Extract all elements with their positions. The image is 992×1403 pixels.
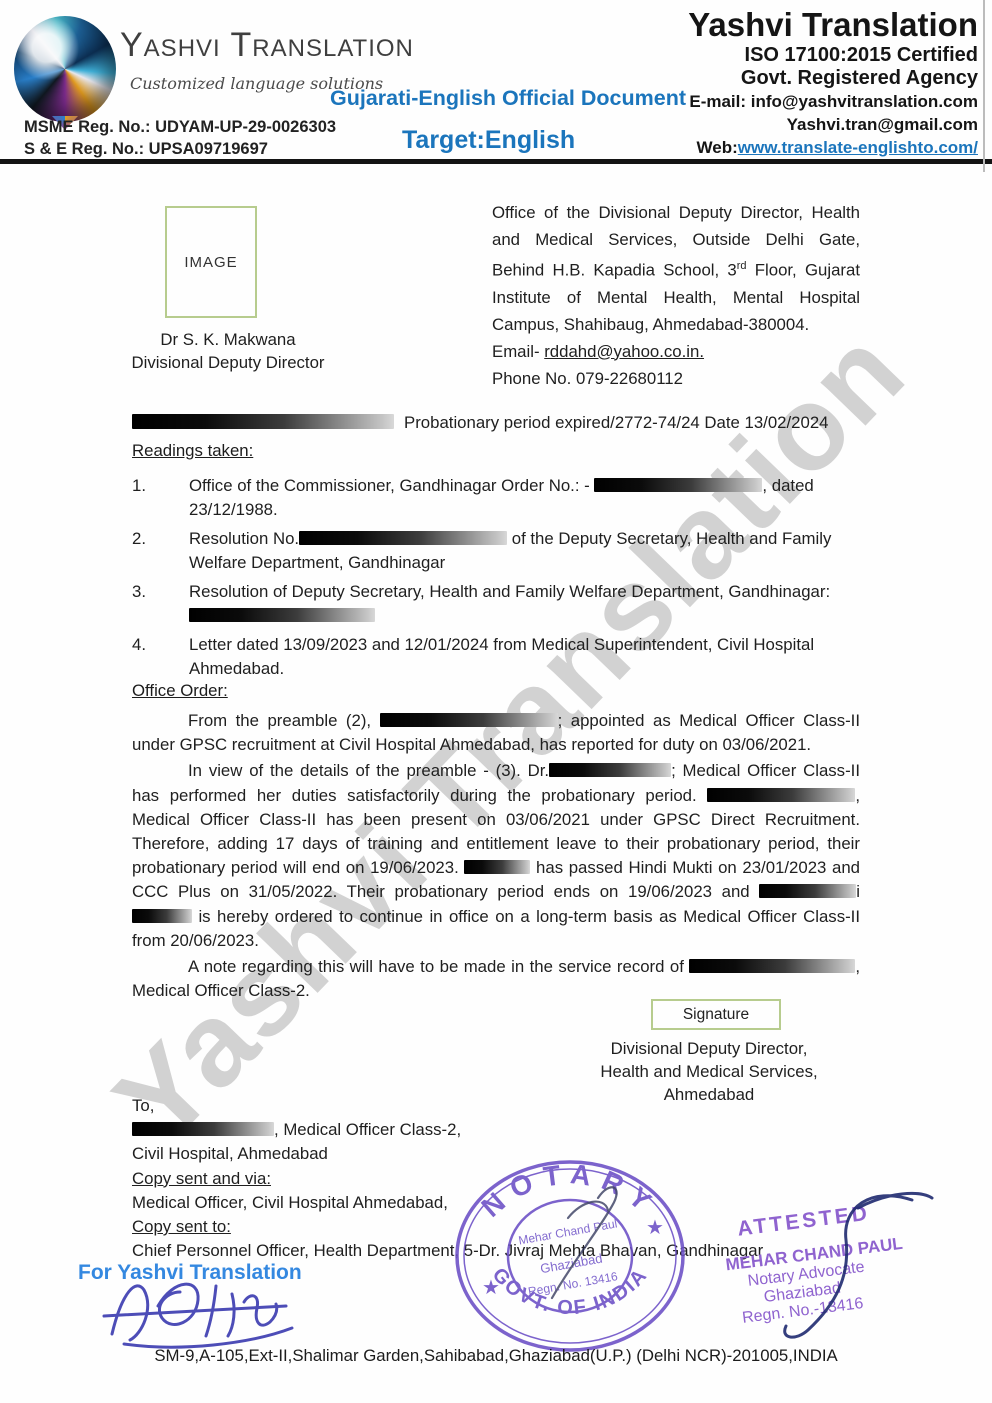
readings-list: 1. Office of the Commissioner, Gandhinag… [132, 474, 860, 686]
brand-name-right: Yashvi Translation [548, 6, 978, 44]
redaction-bar [132, 414, 394, 429]
item-text: Letter dated 13/09/2023 and 12/01/2024 f… [189, 635, 814, 678]
redaction-bar [380, 713, 558, 727]
notary-signature-icon [762, 1182, 937, 1352]
redaction-bar [464, 860, 530, 874]
redaction-bar [707, 788, 855, 802]
agency-website-link[interactable]: www.translate-englishto.com/ [738, 138, 978, 157]
item-text: Resolution No. [189, 529, 299, 548]
list-item: 2. Resolution No. of the Deputy Secretar… [132, 527, 860, 575]
floor-ordinal-suffix: rd [737, 260, 747, 272]
msme-reg-number: MSME Reg. No.: UDYAM-UP-29-0026303 [24, 116, 336, 138]
document-page: Yashvi Translation Yashvi Translation Cu… [0, 0, 992, 1403]
svg-text:NOTARY: NOTARY [476, 1158, 665, 1223]
brand-name-left: Yashvi Translation [120, 26, 414, 65]
item-number: 1. [132, 474, 189, 522]
list-item: 3. Resolution of Deputy Secretary, Healt… [132, 580, 860, 628]
item-number: 3. [132, 580, 189, 628]
paragraph-text: In view of the details of the preamble -… [188, 761, 549, 780]
redaction-bar [594, 478, 762, 492]
subject-line: Probationary period expired/2772-74/24 D… [132, 413, 862, 433]
registration-numbers: MSME Reg. No.: UDYAM-UP-29-0026303 S & E… [24, 116, 336, 160]
list-item: 1. Office of the Commissioner, Gandhinag… [132, 474, 860, 522]
item-number: 2. [132, 527, 189, 575]
signatory-line: Health and Medical Services, [597, 1060, 821, 1083]
header-divider-line [0, 159, 992, 164]
redaction-bar [132, 909, 192, 923]
star-icon: ★ [482, 1277, 500, 1299]
readings-heading: Readings taken: [132, 441, 253, 461]
se-reg-number: S & E Reg. No.: UPSA09719697 [24, 138, 336, 160]
redaction-bar [759, 884, 856, 898]
agency-email-secondary: Yashvi.tran@gmail.com [548, 113, 978, 136]
agency-contact-block: Yashvi Translation ISO 17100:2015 Certif… [548, 6, 978, 159]
office-email: rddahd@yahoo.co.in. [544, 342, 704, 361]
redaction-bar [132, 1122, 274, 1136]
office-order-heading: Office Order: [132, 681, 228, 701]
paragraph-text: i [856, 882, 860, 901]
agency-status: Govt. Registered Agency [548, 67, 978, 90]
translator-signature-icon [100, 1272, 310, 1354]
signatory-line: Divisional Deputy Director, [597, 1037, 821, 1060]
redaction-bar [689, 959, 855, 973]
paragraph-text: is hereby ordered to continue in office … [132, 907, 860, 950]
photo-placeholder-box: IMAGE [165, 206, 257, 318]
paragraph-text: From the preamble (2), [188, 711, 380, 730]
globe-logo-icon [14, 16, 116, 122]
signature-placeholder-label: Signature [683, 1006, 749, 1024]
paragraph-text: A note regarding this will have to be ma… [188, 957, 689, 976]
iso-certification: ISO 17100:2015 Certified [548, 44, 978, 67]
officer-identity: Dr S. K. Makwana Divisional Deputy Direc… [118, 328, 338, 374]
list-item: 4. Letter dated 13/09/2023 and 12/01/202… [132, 633, 860, 681]
web-label: Web: [697, 138, 738, 157]
agency-footer-address: SM-9,A-105,Ext-II,Shalimar Garden,Sahiba… [0, 1346, 992, 1366]
order-paragraph-3: A note regarding this will have to be ma… [132, 955, 860, 1003]
notary-top-arc-text: NOTARY [476, 1158, 665, 1223]
order-paragraph-2: In view of the details of the preamble -… [132, 759, 860, 953]
notary-stamp-icon: NOTARY GOVT. OF INDIA ★ ★ Mehar Chand Pa… [450, 1156, 690, 1356]
officer-title: Divisional Deputy Director [118, 351, 338, 374]
officer-name: Dr S. K. Makwana [118, 328, 338, 351]
order-paragraph-1: From the preamble (2), ; appointed as Me… [132, 709, 860, 757]
subject-text: Probationary period expired/2772-74/24 D… [404, 413, 829, 432]
signature-placeholder-box: Signature [651, 999, 781, 1030]
redaction-bar [299, 531, 507, 545]
item-text: Office of the Commissioner, Gandhinagar … [189, 476, 594, 495]
to-label: To, [132, 1094, 832, 1118]
addressee-line: , Medical Officer Class-2, [274, 1120, 461, 1139]
redaction-bar [189, 608, 375, 622]
photo-placeholder-label: IMAGE [184, 254, 237, 271]
office-phone: Phone No. 079-22680112 [492, 365, 860, 392]
item-number: 4. [132, 633, 189, 681]
agency-email-primary: E-mail: info@yashvitranslation.com [548, 90, 978, 113]
scan-edge-artifact [983, 0, 985, 172]
redaction-bar [549, 763, 671, 777]
office-email-label: Email- [492, 342, 544, 361]
office-order-body: From the preamble (2), ; appointed as Me… [132, 709, 860, 1005]
item-text: Resolution of Deputy Secretary, Health a… [189, 582, 830, 601]
star-icon: ★ [646, 1217, 664, 1239]
office-address-block: Office of the Divisional Deputy Director… [492, 199, 860, 392]
